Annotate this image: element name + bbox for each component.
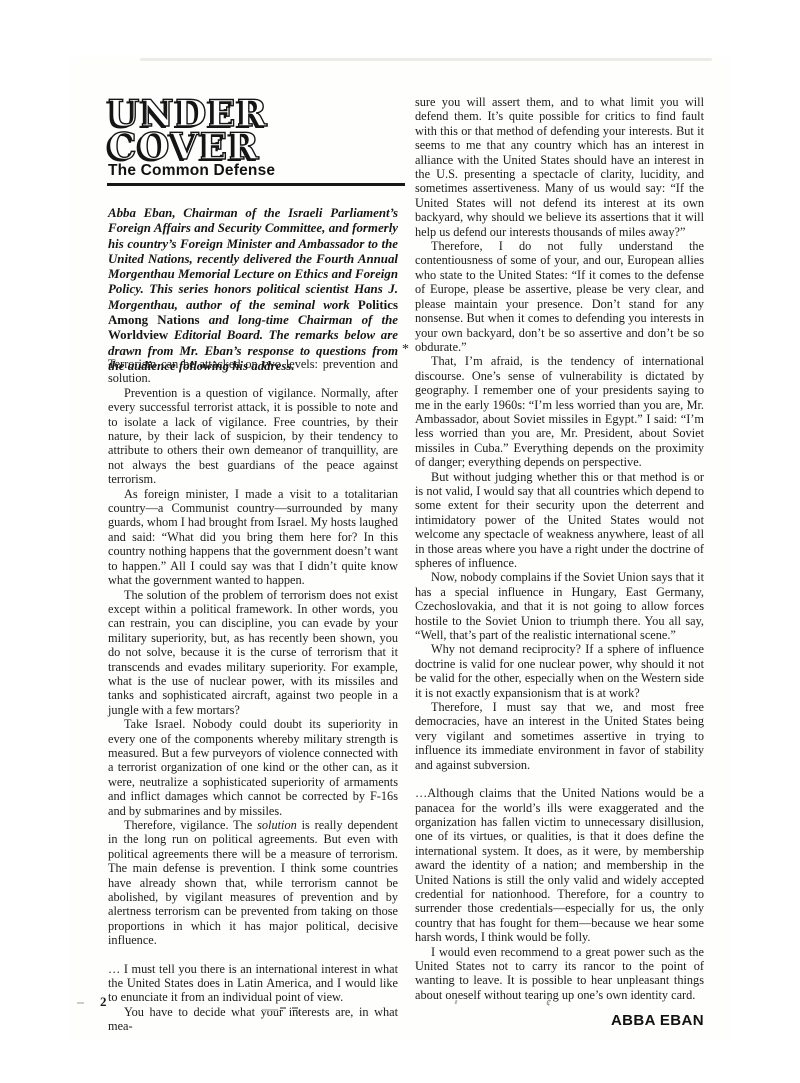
paragraph: sure you will assert them, and to what l… [415, 95, 704, 239]
author-signature: ABBA EBAN [415, 1014, 704, 1028]
scan-artifact [140, 58, 712, 61]
paragraph: Why not demand reciprocity? If a sphere … [415, 642, 704, 700]
paragraph: …Although claims that the United Nations… [415, 786, 704, 944]
text-segment: Therefore, I must say that we, and most … [415, 700, 704, 772]
paragraph: But without judging whether this or that… [415, 470, 704, 571]
text-segment: As foreign minister, I made a visit to a… [108, 487, 398, 587]
text-segment: … I must tell you there is an internatio… [108, 962, 398, 1005]
text-segment: and long-time Chairman of the [200, 313, 398, 327]
paragraph: Therefore, I must say that we, and most … [415, 700, 704, 772]
text-column-right: sure you will assert them, and to what l… [415, 95, 704, 1029]
article-subtitle: The Common Defense [108, 162, 275, 180]
text-segment: Therefore, vigilance. The [124, 818, 257, 832]
paragraph: Prevention is a question of vigilance. N… [108, 386, 398, 487]
text-segment: Take Israel. Nobody could doubt its supe… [108, 717, 398, 817]
scan-artifact [280, 1007, 298, 1009]
text-segment: is really dependent in the long run on p… [108, 818, 398, 947]
text-segment: solution [257, 818, 297, 832]
paragraph: Terrorism can be attacked on two levels:… [108, 357, 398, 386]
paragraph: Abba Eban, Chairman of the Israeli Parli… [108, 206, 398, 374]
paragraph: Now, nobody complains if the Soviet Unio… [415, 570, 704, 642]
paragraph: That, I’m afraid, is the tendency of int… [415, 354, 704, 469]
scan-artifact [297, 1011, 299, 1014]
text-segment: Therefore, I do not fully understand the… [415, 239, 704, 354]
intro-byline: Abba Eban, Chairman of the Israeli Parli… [108, 206, 398, 374]
text-segment: You have to decide what your interests a… [108, 1005, 398, 1033]
scan-artifact [77, 1002, 84, 1004]
text-segment: That, I’m afraid, is the tendency of int… [415, 354, 704, 469]
text-segment: …Although claims that the United Nations… [415, 786, 704, 944]
text-segment: Terrorism can be attacked on two levels:… [108, 357, 398, 385]
masthead-rule [107, 183, 405, 186]
page-number: 2 [100, 994, 107, 1010]
paragraph: The solution of the problem of terrorism… [108, 588, 398, 718]
text-segment: Abba Eban, Chairman of the Israeli Parli… [108, 206, 398, 312]
text-segment: sure you will assert them, and to what l… [415, 95, 704, 239]
paragraph: You have to decide what your interests a… [108, 1005, 398, 1034]
paragraph: Therefore, I do not fully understand the… [415, 239, 704, 354]
text-segment: Why not demand reciprocity? If a sphere … [415, 642, 704, 699]
text-segment: But without judging whether this or that… [415, 470, 704, 570]
paragraph: Take Israel. Nobody could doubt its supe… [108, 717, 398, 818]
margin-asterisk-mark: * [402, 345, 409, 355]
text-segment: Prevention is a question of vigilance. N… [108, 386, 398, 486]
paragraph: … I must tell you there is an internatio… [108, 962, 398, 1005]
text-segment: The solution of the problem of terrorism… [108, 588, 398, 717]
scan-artifact: ¢ [546, 998, 551, 1009]
paragraph: I would even recommend to a great power … [415, 945, 704, 1003]
text-column-left: Terrorism can be attacked on two levels:… [108, 357, 398, 1034]
paragraph: As foreign minister, I made a visit to a… [108, 487, 398, 588]
text-segment: Worldview [108, 328, 168, 342]
text-segment: I would even recommend to a great power … [415, 945, 704, 1002]
paragraph: Therefore, vigilance. The solution is re… [108, 818, 398, 948]
scan-artifact [262, 1009, 278, 1011]
text-segment: Now, nobody complains if the Soviet Unio… [415, 570, 704, 642]
